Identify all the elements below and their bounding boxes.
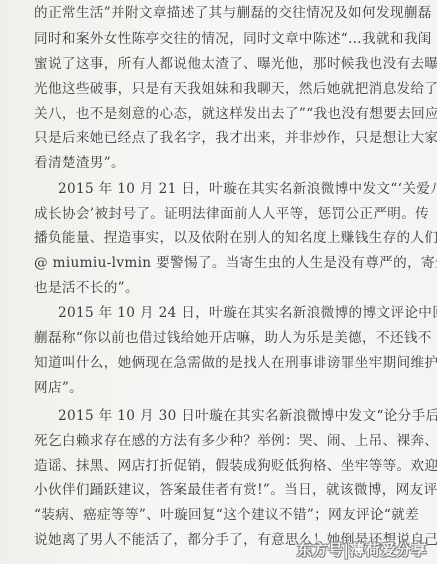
document-line: 关八，也不是刻意的心态，就这样发出去了”“我也没有想要去回应， — [34, 105, 402, 123]
document-page: 的正常生活”并附文章描述了其与蒯磊的交往情况及如何发现蒯磊同时和案外女性陈亭交往… — [0, 0, 437, 564]
watermark: 东方号|薄荷爱分享 — [297, 539, 427, 560]
document-line: 成长协会’被封号了。证明法律面前人人平等，惩罚公正严明。传 — [34, 205, 402, 223]
document-line: 只是后来她已经点了我名字，我才出来，并非炒作，只是想让大家 — [34, 129, 402, 147]
document-line: 光他这些破事，只是有天我姐妹和我聊天，然后她就把消息发给了 — [34, 80, 402, 98]
document-line: 2015 年 10 月 24 日，叶璇在其实名新浪微博的博文评论中回复 — [58, 304, 402, 322]
document-line: 知道叫什么，她俩现在急需做的是找人在刑事诽谤罪坐牢期间维护 — [34, 354, 402, 372]
document-line: 造谣、抹黑、网店打折促销，假装成狗贬低狗格、坐牢等等。欢迎 — [34, 457, 402, 475]
document-line: @ miumiu-lvmin 要警惕了。当寄生虫的人生是没有尊严的，寄生虫 — [34, 254, 402, 272]
document-line: “装病、癌症等等”、叶璇回复“这个建议不错”；网友评论“就差 — [34, 506, 402, 524]
document-line: 网店”。 — [34, 379, 402, 397]
document-line: 播负能量、捏造事实，以及依附在别人的知名度上赚钱生存的人们 — [34, 229, 402, 247]
document-line: 2015 年 10 月 21 日，叶璇在其实名新浪微博中发文“‘关爱八卦 — [58, 180, 402, 198]
document-line: 也是活不长的”。 — [34, 279, 402, 297]
document-line: 看清楚渣男”。 — [34, 154, 402, 172]
document-line: 小伙伴们踊跃建议，答案最佳者有赏!”。当日，就该微博，网友评论 — [34, 481, 402, 499]
document-line: 死乞白赖求存在感的方法有多少种？举例：哭、闹、上吊、裸奔、 — [34, 432, 402, 450]
document-line: 蒯磊称“你以前也借过钱给她开店嘛，助人为乐是美德，不还钱不 — [34, 329, 402, 347]
document-line: 的正常生活”并附文章描述了其与蒯磊的交往情况及如何发现蒯磊 — [34, 4, 402, 22]
document-line: 2015 年 10 月 30 日叶璇在其实名新浪微博中发文“论分手后还 — [58, 407, 402, 425]
document-line: 蜜说了这事，所有人都说他太渣了、曝光他，那时候我也没有去曝 — [34, 55, 402, 73]
document-line: 同时和案外女性陈亭交往的情况，同时文章中陈述“…我就和我闺 — [34, 30, 402, 48]
